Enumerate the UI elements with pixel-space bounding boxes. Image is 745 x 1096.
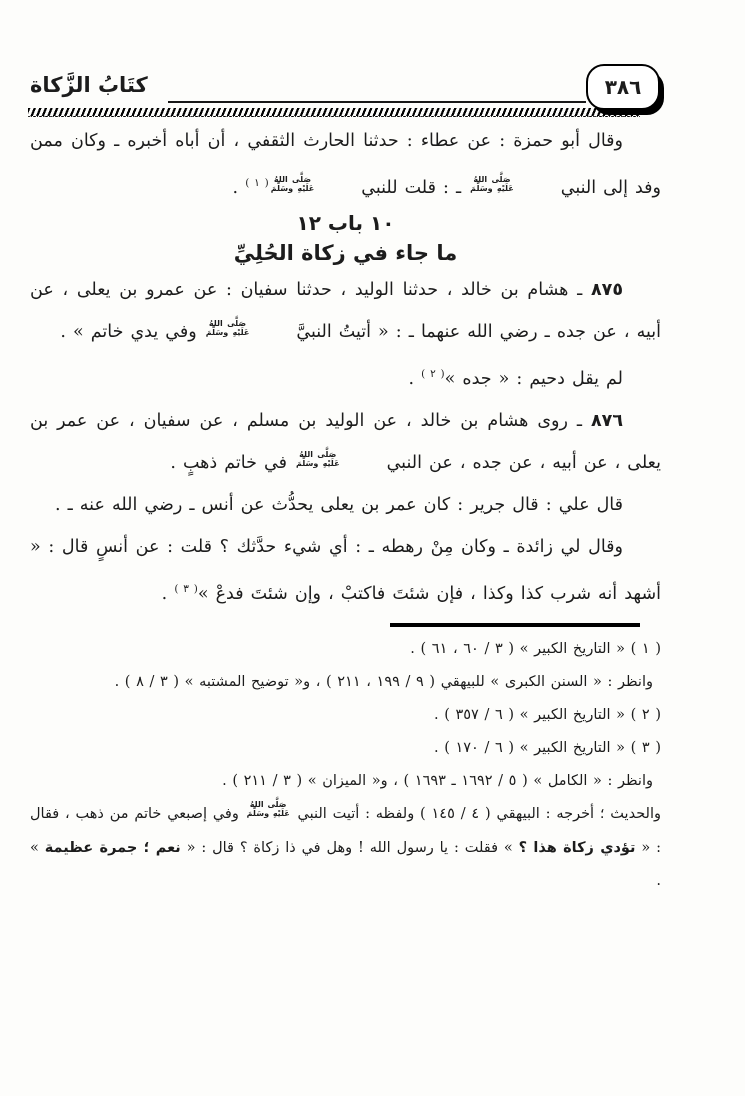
prophet-honorific-mark: صَلَّى اللهُعَلَيْهِ وسَلَّمَ — [296, 450, 378, 467]
footnote-ref: ( ١ ) — [245, 177, 269, 189]
header-rule — [168, 101, 586, 103]
footnote-ref: ( ٣ ) — [174, 583, 198, 595]
prophet-honorific-mark: صَلَّى اللهُعَلَيْهِ وسَلَّمَ — [470, 175, 552, 192]
duhaym-note-paragraph: لم يقل دحيم : « جده »( ٢ ) . — [30, 353, 661, 400]
footnote-1-see-also: وانظر : « السنن الكبرى » للبيهقي ( ٩ / ١… — [30, 666, 661, 699]
prophet-honorific-mark: صَلَّى اللهُعَلَيْهِ وسَلَّمَ — [271, 175, 353, 192]
footnotes-section: ( ١ ) « التاريخ الكبير » ( ٣ / ٦٠ ، ٦١ )… — [30, 633, 661, 898]
book-title: كتَابُ الزَّكاة — [30, 72, 148, 97]
footnote-2: ( ٢ ) « التاريخ الكبير » ( ٦ / ٣٥٧ ) . — [30, 699, 661, 732]
intro-paragraph: وقال أبو حمزة : عن عطاء : حدثنا الحارث ا… — [30, 120, 661, 209]
footnote-ref: ( ٢ ) — [421, 368, 445, 380]
page-number-badge: ٣٨٦ — [586, 64, 660, 110]
book-page: كتَابُ الزَّكاة ٣٨٦ وقال أبو حمزة : عن ع… — [0, 0, 745, 1096]
hadith-876-paragraph: ٨٧٦ ـ روى هشام بن خالد ، عن الوليد بن مس… — [30, 400, 661, 484]
footnote-1: ( ١ ) « التاريخ الكبير » ( ٣ / ٦٠ ، ٦١ )… — [30, 633, 661, 666]
footnote-hadith-takhrij: والحديث ؛ أخرجه : البيهقي ( ٤ / ١٤٥ ) ول… — [30, 798, 661, 898]
zaida-note-paragraph: وقال لي زائدة ـ وكان مِنْ رهطه ـ : أي شي… — [30, 526, 661, 615]
footnote-3-see-also: وانظر : « الكامل » ( ٥ / ١٦٩٢ ـ ١٦٩٣ ) ،… — [30, 765, 661, 798]
main-text-column: وقال أبو حمزة : عن عطاء : حدثنا الحارث ا… — [30, 120, 661, 898]
chapter-title-heading: ما جاء في زكاة الحُلِيِّ — [30, 237, 661, 269]
header-chain-ornament — [28, 108, 640, 117]
page-number: ٣٨٦ — [605, 75, 642, 99]
footnote-separator — [390, 623, 640, 627]
chapter-number-heading: ١٠ باب ١٢ — [30, 209, 661, 237]
prophet-honorific-mark: صَلَّى اللهُعَلَيْهِ وسَلَّمَ — [247, 800, 290, 817]
footnote-3: ( ٣ ) « التاريخ الكبير » ( ٦ / ١٧٠ ) . — [30, 732, 661, 765]
hadith-875-paragraph: ٨٧٥ ـ هشام بن خالد ، حدثنا الوليد ، حدثن… — [30, 269, 661, 353]
ali-note-paragraph: قال علي : قال جرير : كان عمر بن يعلى يحد… — [30, 484, 661, 526]
prophet-honorific-mark: صَلَّى اللهُعَلَيْهِ وسَلَّمَ — [206, 319, 288, 336]
